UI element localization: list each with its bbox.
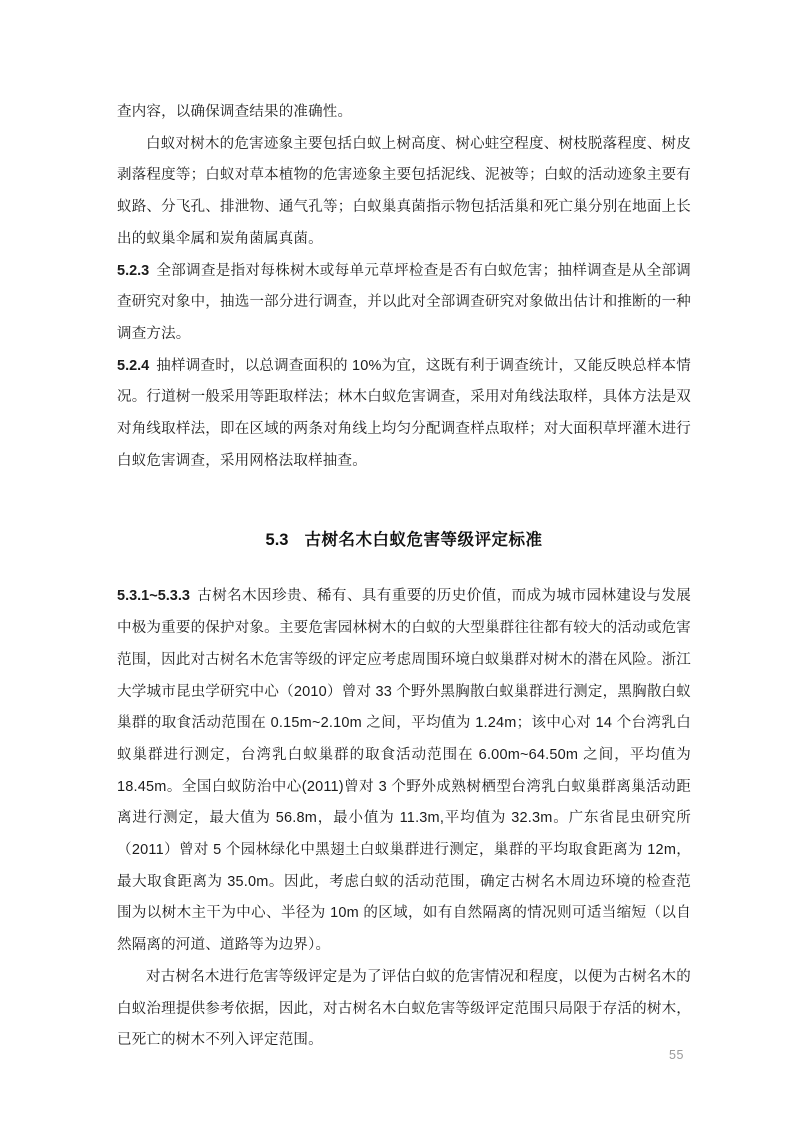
paragraph-text: 查内容，以确保调查结果的准确性。 [117,104,352,120]
page-number: 55 [669,1046,684,1064]
document-page: 查内容，以确保调查结果的准确性。 白蚁对树木的危害迹象主要包括白蚁上树高度、树心… [0,0,800,1130]
paragraph-text: 白蚁对树木的危害迹象主要包括白蚁上树高度、树心蛀空程度、树枝脱落程度、树皮剥落程… [117,136,691,247]
document-body: 查内容，以确保调查结果的准确性。 白蚁对树木的危害迹象主要包括白蚁上树高度、树心… [117,97,691,1057]
clause-5-2-4: 5.2.4抽样调查时，以总调查面积的 10%为宜，这既有利于调查统计，又能反映总… [117,351,691,478]
section-number: 5.3 [266,531,289,549]
clause-number-label: 5.2.3 [117,263,149,279]
paragraph-continuation: 查内容，以确保调查结果的准确性。 [117,97,691,129]
clause-text: 抽样调查时，以总调查面积的 10%为宜，这既有利于调查统计，又能反映总样本情况。… [117,358,691,469]
paragraph-damage-signs: 白蚁对树木的危害迹象主要包括白蚁上树高度、树心蛀空程度、树枝脱落程度、树皮剥落程… [117,129,691,256]
clause-5-3-1-to-5-3-3: 5.3.1~5.3.3古树名木因珍贵、稀有、具有重要的历史价值，而成为城市园林建… [117,581,691,961]
clause-number-label: 5.2.4 [117,358,149,374]
paragraph-text: 对古树名木进行危害等级评定是为了评估白蚁的危害情况和程度，以便为古树名木的白蚁治… [117,969,691,1048]
paragraph-rating-scope: 对古树名木进行危害等级评定是为了评估白蚁的危害情况和程度，以便为古树名木的白蚁治… [117,962,691,1057]
section-heading-5-3: 5.3古树名木白蚁危害等级评定标准 [117,528,691,552]
section-title: 古树名木白蚁危害等级评定标准 [304,531,542,549]
clause-text: 古树名木因珍贵、稀有、具有重要的历史价值，而成为城市园林建设与发展中极为重要的保… [117,588,691,953]
clause-5-2-3: 5.2.3全部调查是指对每株树木或每单元草坪检查是否有白蚁危害；抽样调查是从全部… [117,256,691,351]
clause-number-label: 5.3.1~5.3.3 [117,588,190,604]
clause-text: 全部调查是指对每株树木或每单元草坪检查是否有白蚁危害；抽样调查是从全部调查研究对… [117,263,691,342]
